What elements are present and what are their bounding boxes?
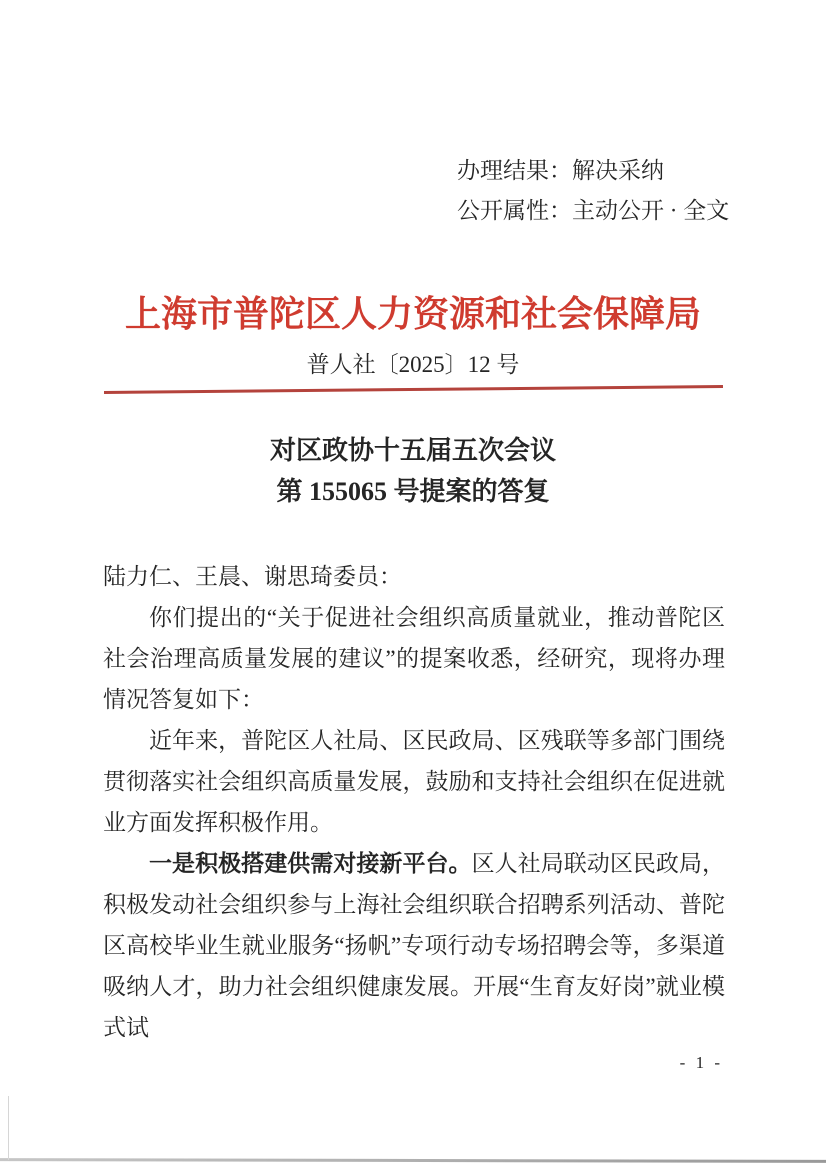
paragraph-1-text: 你们提出的“关于促进社会组织高质量就业，推动普陀区社会治理高质量发展的建议”的提…	[103, 605, 725, 712]
publicity-value: 主动公开 · 全文	[572, 198, 729, 223]
body-paragraph-2: 近年来，普陀区人社局、区民政局、区残联等多部门围绕贯彻落实社会组织高质量发展，鼓…	[103, 720, 725, 843]
letterhead-rule	[104, 385, 723, 394]
scan-edge-left-shadow	[8, 1096, 9, 1160]
doc-title: 对区政协十五届五次会议 第 155065 号提案的答复	[0, 430, 826, 512]
doc-title-line2: 第 155065 号提案的答复	[0, 471, 826, 512]
handling-result-line: 办理结果：解决采纳	[457, 151, 729, 191]
publicity-line: 公开属性：主动公开 · 全文	[457, 191, 729, 231]
meta-block: 办理结果：解决采纳 公开属性：主动公开 · 全文	[457, 151, 729, 231]
letterhead-doc-number: 普人社〔2025〕12 号	[0, 346, 826, 379]
handling-result-label: 办理结果：	[457, 158, 572, 183]
publicity-label: 公开属性：	[457, 198, 572, 223]
doc-title-line1: 对区政协十五届五次会议	[0, 430, 826, 471]
body-text: 陆力仁、王晨、谢思琦委员： 你们提出的“关于促进社会组织高质量就业，推动普陀区社…	[103, 556, 725, 1048]
paragraph-3-text: 区人社局联动区民政局，积极发动社会组织参与上海社会组织联合招聘系列活动、普陀区高…	[103, 851, 725, 1040]
page-number: - 1 -	[680, 1053, 723, 1073]
salutation: 陆力仁、王晨、谢思琦委员：	[103, 556, 725, 597]
handling-result-value: 解决采纳	[572, 158, 664, 183]
body-paragraph-1: 你们提出的“关于促进社会组织高质量就业，推动普陀区社会治理高质量发展的建议”的提…	[103, 597, 725, 720]
scan-edge-bottom-shadow	[0, 1158, 826, 1163]
paragraph-2-text: 近年来，普陀区人社局、区民政局、区残联等多部门围绕贯彻落实社会组织高质量发展，鼓…	[103, 728, 725, 835]
body-paragraph-3: 一是积极搭建供需对接新平台。区人社局联动区民政局，积极发动社会组织参与上海社会组…	[103, 843, 725, 1048]
paragraph-3-bold-lead: 一是积极搭建供需对接新平台。	[149, 851, 472, 876]
letterhead-org-name: 上海市普陀区人力资源和社会保障局	[0, 286, 826, 337]
document-page: 办理结果：解决采纳 公开属性：主动公开 · 全文 上海市普陀区人力资源和社会保障…	[0, 0, 826, 1169]
